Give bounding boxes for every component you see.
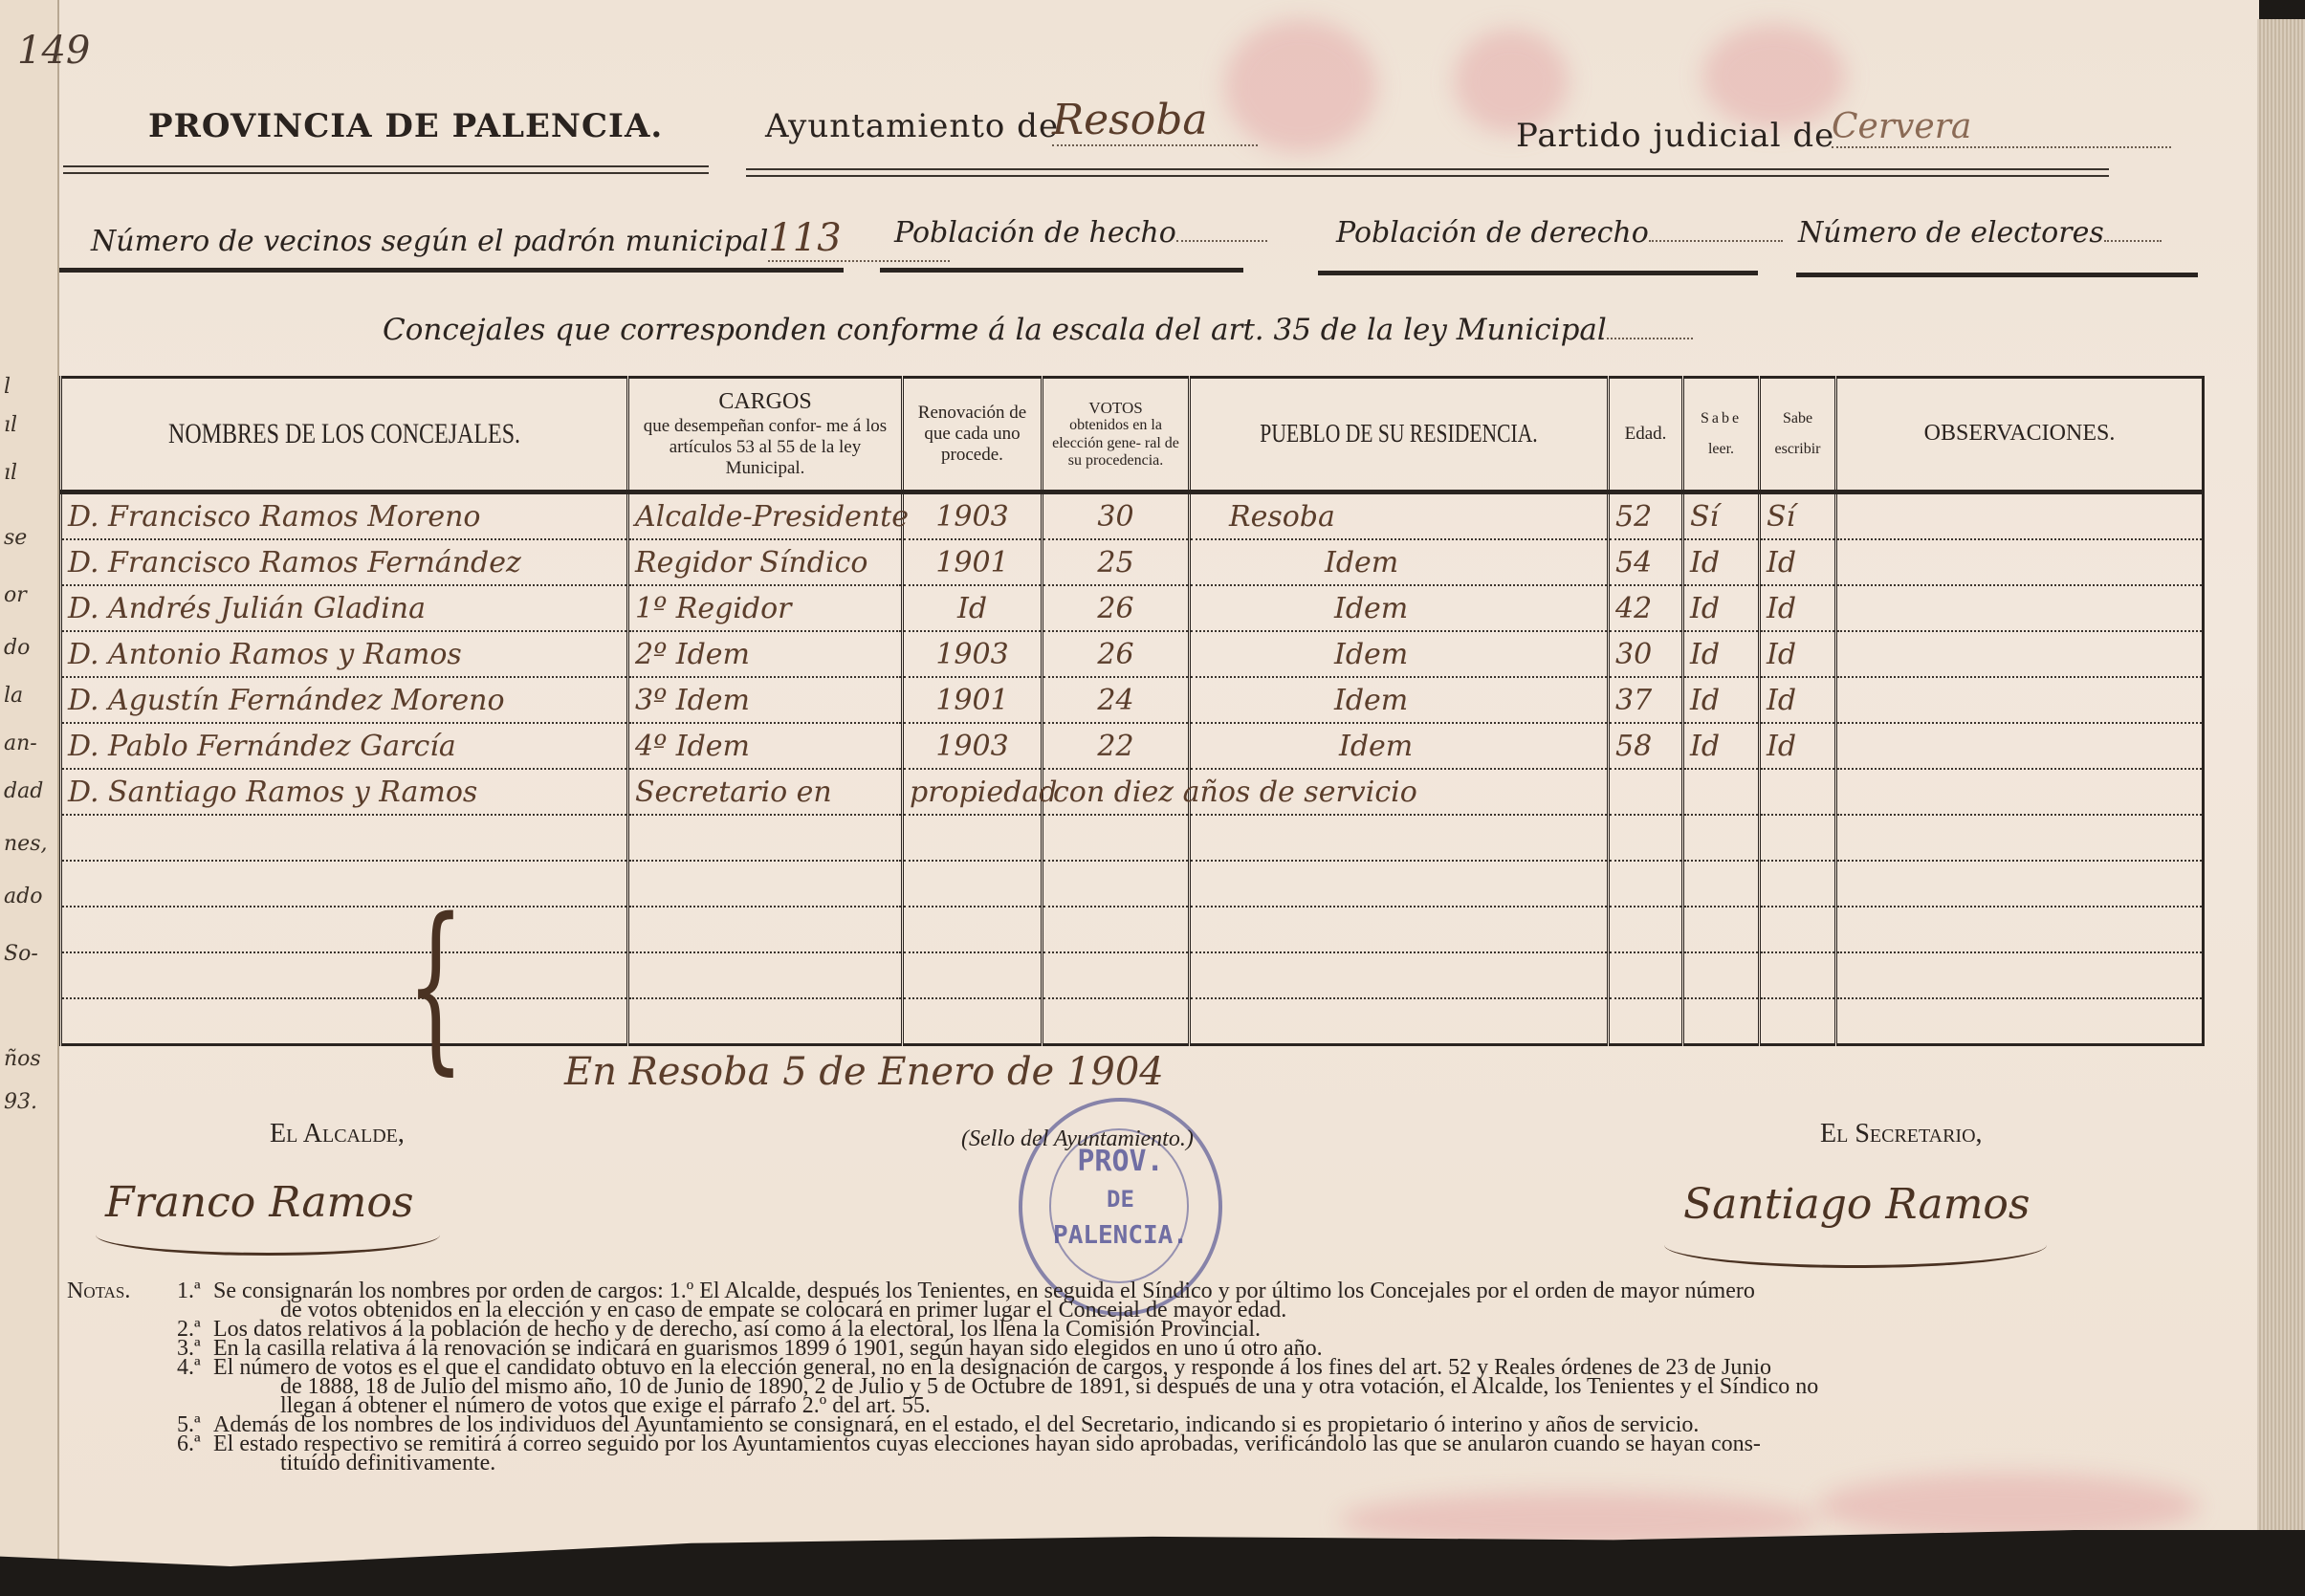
cell-obs [1836, 907, 2204, 952]
concejales-table: NOMBRES DE LOS CONCEJALES. CARGOSque des… [59, 376, 2205, 1046]
margin-fragment: se [4, 526, 27, 550]
col-header-nombres: NOMBRES DE LOS CONCEJALES. [61, 378, 628, 492]
ayuntamiento-label: Ayuntamiento de [765, 107, 1059, 145]
col-header-text: Sabe [1688, 410, 1754, 427]
cell-renovacion: 1901 [903, 539, 1043, 585]
cell-obs [1836, 769, 2204, 815]
secretario-label: El Secretario, [1820, 1119, 1983, 1149]
date-line: En Resoba 5 de Enero de 1904 [564, 1050, 1164, 1094]
cell-votos [1043, 998, 1190, 1045]
cell-leer [1683, 815, 1760, 861]
col-header-text: Sabe [1765, 410, 1831, 427]
table-row: D. Agustín Fernández Moreno 3º Idem 1901… [61, 677, 2204, 723]
vecinos-label-text: Número de vecinos según el padrón munici… [91, 225, 768, 258]
col-header-edad: Edad. [1609, 378, 1683, 492]
cell-obs [1836, 952, 2204, 998]
cell-pueblo: Idem [1190, 677, 1609, 723]
signature-flourish [96, 1214, 440, 1256]
cell-escribir [1760, 907, 1836, 952]
cell-cargo: 4º Idem [628, 723, 903, 769]
page-edges [2257, 19, 2305, 1530]
cell-pueblo: Idem [1190, 631, 1609, 677]
col-header-subtext: obtenidos en la elección gene- ral de su… [1047, 417, 1184, 470]
col-header-renovacion: Renovación de que cada uno procede. [903, 378, 1043, 492]
col-header-cargos: CARGOSque desempeñan confor- me á los ar… [628, 378, 903, 492]
cell-obs [1836, 539, 2204, 585]
cell-escribir: Id [1760, 585, 1836, 631]
cell-nombre: D. Antonio Ramos y Ramos [61, 631, 628, 677]
col-header-text: PUEBLO DE SU RESIDENCIA. [1260, 419, 1537, 448]
note-text: tituído definitivamente. [280, 1451, 495, 1476]
cell-pueblo: Resoba [1190, 492, 1609, 540]
table-row: D. Santiago Ramos y Ramos Secretario en … [61, 769, 2204, 815]
alcalde-label: El Alcalde, [270, 1119, 405, 1149]
cell-edad: 30 [1609, 631, 1683, 677]
cell-escribir [1760, 998, 1836, 1045]
left-page-edge: l ıl ıl se or do la an- dad nes, ado So-… [0, 0, 60, 1596]
col-header-observaciones: OBSERVACIONES. [1836, 378, 2204, 492]
notes-label: Notas. [67, 1281, 130, 1301]
cell-edad [1609, 952, 1683, 998]
cell-renovacion [903, 998, 1043, 1045]
cell-obs [1836, 631, 2204, 677]
cell-leer [1683, 998, 1760, 1045]
cell-votos [1043, 907, 1190, 952]
cell-edad [1609, 769, 1683, 815]
col-header-subtext: leer. [1688, 441, 1754, 458]
cell-leer: Id [1683, 677, 1760, 723]
electores-value [2104, 240, 2162, 242]
cell-obs [1836, 861, 2204, 907]
cell-nombre [61, 907, 628, 952]
cell-obs [1836, 585, 2204, 631]
cell-cargo: Alcalde-Presidente [628, 492, 903, 540]
hecho-label-text: Población de hecho [894, 216, 1176, 250]
cell-escribir [1760, 815, 1836, 861]
cell-cargo [628, 907, 903, 952]
cell-pueblo: Idem [1190, 723, 1609, 769]
cell-leer: Id [1683, 631, 1760, 677]
cell-renovacion: 1901 [903, 677, 1043, 723]
divider [59, 268, 844, 273]
table-row: D. Francisco Ramos Fernández Regidor Sín… [61, 539, 2204, 585]
cell-edad: 42 [1609, 585, 1683, 631]
seal-label: (Sello del Ayuntamiento.) [961, 1126, 1194, 1152]
margin-fragment: ado [4, 885, 42, 908]
cell-votos: 26 [1043, 585, 1190, 631]
cell-renovacion: 1903 [903, 492, 1043, 540]
cell-renovacion: propiedad [903, 769, 1043, 815]
note-number: 1.ª [177, 1281, 213, 1301]
cell-cargo: 1º Regidor [628, 585, 903, 631]
cell-renovacion [903, 907, 1043, 952]
cell-votos [1043, 952, 1190, 998]
cell-obs [1836, 815, 2204, 861]
cell-edad: 52 [1609, 492, 1683, 540]
cell-nombre: D. Pablo Fernández García [61, 723, 628, 769]
margin-fragment: 93. [4, 1090, 37, 1114]
derecho-value [1649, 240, 1783, 242]
cell-obs [1836, 677, 2204, 723]
margin-fragment: or [4, 583, 27, 607]
table-header-row: NOMBRES DE LOS CONCEJALES. CARGOSque des… [61, 378, 2204, 492]
stamp-text: DE [1022, 1186, 1218, 1213]
cell-votos: 25 [1043, 539, 1190, 585]
cell-leer: Id [1683, 539, 1760, 585]
cell-edad [1609, 815, 1683, 861]
table-row [61, 998, 2204, 1045]
concejales-heading: Concejales que corresponden conforme á l… [383, 313, 1693, 347]
cell-leer: Sí [1683, 492, 1760, 540]
cell-nombre [61, 998, 628, 1045]
cell-pueblo [1190, 907, 1609, 952]
divider [1318, 271, 1758, 275]
margin-fragment: So- [4, 942, 38, 966]
cell-pueblo: Idem [1190, 539, 1609, 585]
cell-edad [1609, 861, 1683, 907]
cell-votos: 22 [1043, 723, 1190, 769]
margin-fragment: nes, [4, 832, 47, 856]
col-header-subtext: escribir [1765, 441, 1831, 458]
cell-pueblo: Idem [1190, 585, 1609, 631]
table-row: D. Antonio Ramos y Ramos 2º Idem 1903 26… [61, 631, 2204, 677]
col-header-votos: VOTOSobtenidos en la elección gene- ral … [1043, 378, 1190, 492]
cell-escribir: Sí [1760, 492, 1836, 540]
partido-label: Partido judicial de [1516, 117, 1834, 155]
province-title: PROVINCIA DE PALENCIA. [148, 107, 663, 145]
divider [880, 268, 1243, 273]
col-header-text: CARGOS [633, 389, 897, 416]
cell-obs [1836, 723, 2204, 769]
stain [1817, 1473, 2200, 1540]
margin-fragment: l [4, 375, 11, 399]
electores-label-text: Número de electores [1798, 216, 2104, 250]
cell-cargo: 3º Idem [628, 677, 903, 723]
cell-escribir: Id [1760, 723, 1836, 769]
cell-nombre: D. Santiago Ramos y Ramos [61, 769, 628, 815]
cell-cargo: Secretario en [628, 769, 903, 815]
table-row [61, 815, 2204, 861]
col-header-escribir: Sabeescribir [1760, 378, 1836, 492]
stain [1702, 24, 1846, 129]
col-header-leer: Sabeleer. [1683, 378, 1760, 492]
derecho-label-text: Población de derecho [1336, 216, 1649, 250]
partido-value: Cervera [1832, 107, 2171, 148]
note-item: tituído definitivamente. [177, 1454, 495, 1473]
cell-pueblo [1190, 952, 1609, 998]
hecho-label: Población de hecho [894, 216, 1267, 250]
cell-leer [1683, 907, 1760, 952]
cell-escribir [1760, 861, 1836, 907]
cell-leer [1683, 861, 1760, 907]
margin-fragment: la [4, 684, 23, 708]
concejales-heading-text: Concejales que corresponden conforme á l… [383, 313, 1607, 347]
cell-nombre: D. Andrés Julián Gladina [61, 585, 628, 631]
cell-pueblo [1190, 998, 1609, 1045]
cell-renovacion: 1903 [903, 723, 1043, 769]
divider [746, 168, 2109, 177]
derecho-label: Población de derecho [1336, 216, 1783, 250]
cell-cargo: 2º Idem [628, 631, 903, 677]
cell-votos: 30 [1043, 492, 1190, 540]
margin-fragment: ıl [4, 413, 17, 437]
cell-votos [1043, 815, 1190, 861]
cell-renovacion: Id [903, 585, 1043, 631]
divider [63, 165, 709, 174]
margin-fragment: ıl [4, 461, 17, 485]
cell-votos: 26 [1043, 631, 1190, 677]
cell-cargo: Regidor Síndico [628, 539, 903, 585]
table-row [61, 907, 2204, 952]
vecinos-label: Número de vecinos según el padrón munici… [91, 216, 950, 262]
table-row [61, 952, 2204, 998]
note-number: 4.ª [177, 1358, 213, 1377]
cell-cargo [628, 815, 903, 861]
cell-escribir [1760, 952, 1836, 998]
cell-leer: Id [1683, 723, 1760, 769]
signature-flourish [1664, 1222, 2047, 1268]
divider [1796, 273, 2198, 277]
cell-nombre [61, 815, 628, 861]
cell-renovacion [903, 861, 1043, 907]
cell-cargo [628, 998, 903, 1045]
electores-label: Número de electores [1798, 216, 2162, 250]
table-row: D. Pablo Fernández García 4º Idem 1903 2… [61, 723, 2204, 769]
note-number: 6.ª [177, 1434, 213, 1454]
table-row: D. Francisco Ramos Moreno Alcalde-Presid… [61, 492, 2204, 540]
margin-fragment: an- [4, 732, 37, 755]
ayuntamiento-value: Resoba [1052, 96, 1258, 146]
col-header-text: VOTOS [1047, 399, 1184, 418]
cell-obs [1836, 492, 2204, 540]
cell-edad: 54 [1609, 539, 1683, 585]
margin-fragment: dad [4, 779, 43, 803]
col-header-text: NOMBRES DE LOS CONCEJALES. [168, 418, 520, 451]
folio-number: 149 [17, 29, 90, 73]
cell-escribir: Id [1760, 631, 1836, 677]
cell-escribir [1760, 769, 1836, 815]
cell-renovacion: 1903 [903, 631, 1043, 677]
cell-leer [1683, 769, 1760, 815]
cell-edad [1609, 998, 1683, 1045]
cell-votos [1043, 861, 1190, 907]
concejales-value [1607, 338, 1693, 339]
bracket-mark: { [406, 880, 464, 1091]
cell-renovacion [903, 952, 1043, 998]
cell-cargo [628, 861, 903, 907]
margin-fragment: ños [4, 1047, 41, 1071]
margin-fragment: do [4, 636, 30, 660]
table-row [61, 861, 2204, 907]
cell-edad: 58 [1609, 723, 1683, 769]
cell-edad: 37 [1609, 677, 1683, 723]
stamp-text: PALENCIA. [1022, 1221, 1218, 1250]
hecho-value [1176, 240, 1267, 242]
cell-pueblo: con diez años de servicio [1046, 769, 1465, 815]
cell-escribir: Id [1760, 677, 1836, 723]
cell-nombre: D. Agustín Fernández Moreno [61, 677, 628, 723]
cell-leer: Id [1683, 585, 1760, 631]
cell-obs [1836, 998, 2204, 1045]
table-row: D. Andrés Julián Gladina 1º Regidor Id 2… [61, 585, 2204, 631]
cell-pueblo [1190, 861, 1609, 907]
cell-nombre [61, 861, 628, 907]
cell-renovacion [903, 815, 1043, 861]
cell-nombre: D. Francisco Ramos Fernández [61, 539, 628, 585]
cell-nombre [61, 952, 628, 998]
cell-cargo [628, 952, 903, 998]
cell-leer [1683, 952, 1760, 998]
cell-pueblo [1190, 815, 1609, 861]
col-header-pueblo: PUEBLO DE SU RESIDENCIA. [1190, 378, 1609, 492]
col-header-subtext: que desempeñan confor- me á los artículo… [633, 416, 897, 479]
cell-votos: 24 [1043, 677, 1190, 723]
cell-escribir: Id [1760, 539, 1836, 585]
cell-edad [1609, 907, 1683, 952]
cell-nombre: D. Francisco Ramos Moreno [61, 492, 628, 540]
